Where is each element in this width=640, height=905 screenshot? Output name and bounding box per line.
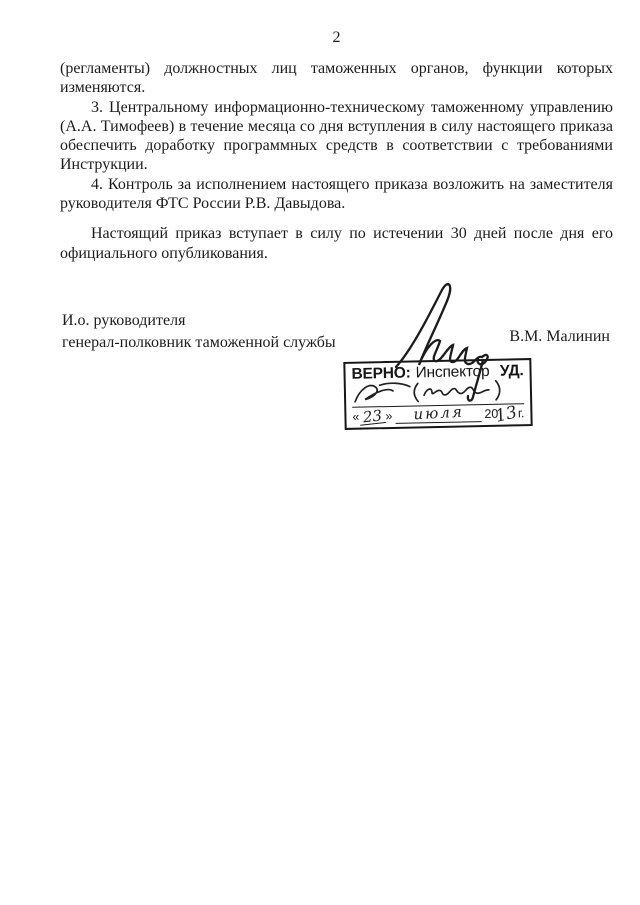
stamp-date-year-unit: г. — [518, 405, 525, 421]
paragraph: (регламенты) должностных лиц таможенных … — [60, 59, 613, 98]
stamp-date-month: июля — [413, 405, 464, 422]
signer-position-line: генерал-полковник таможенной службы — [62, 332, 336, 354]
certification-stamp: ВЕРНО: Инспектор УД. « 23 » июля 20 13 г… — [343, 358, 532, 430]
stamp-date-close-quote: » — [385, 408, 392, 424]
text-line: Инструкции. — [60, 155, 613, 174]
signer-name: В.М. Малинин — [509, 328, 610, 346]
signer-position-line: И.о. руководителя — [62, 310, 336, 332]
paragraph: 3. Центральному информационно-техническо… — [60, 98, 613, 175]
text-line: (А.А. Тимофеев) в течение месяца со дня … — [60, 117, 613, 136]
text-line: 4. Контроль за исполнением настоящего пр… — [60, 175, 613, 194]
inspector-signature-scribble — [352, 377, 525, 407]
text-line: руководителя ФТС России Р.В. Давыдова. — [60, 194, 613, 213]
text-line: Настоящий приказ вступает в силу по исте… — [60, 224, 613, 243]
paragraph: 4. Контроль за исполнением настоящего пр… — [60, 175, 613, 214]
scanned-document-page: 2 (регламенты) должностных лиц таможенны… — [0, 0, 640, 905]
stamp-date-line: « 23 » июля 20 13 г. — [352, 404, 524, 426]
stamp-date-month-slot: июля — [395, 405, 481, 424]
text-line: 3. Центральному информационно-техническо… — [60, 98, 613, 117]
text-line: обеспечить доработку программных средств… — [60, 136, 613, 155]
text-line: официального опубликования. — [60, 244, 613, 263]
stamp-date-day: 23 — [359, 408, 386, 426]
document-body: (регламенты) должностных лиц таможенных … — [60, 59, 613, 263]
text-line: (регламенты) должностных лиц таможенных … — [60, 59, 613, 78]
paragraph: Настоящий приказ вступает в силу по исте… — [60, 224, 613, 263]
stamp-date-year-handwritten: 13 — [494, 405, 518, 424]
page-number: 2 — [60, 29, 613, 47]
text-line: изменяются. — [60, 78, 613, 97]
signer-position: И.о. руководителя генерал-полковник тамо… — [62, 310, 336, 354]
